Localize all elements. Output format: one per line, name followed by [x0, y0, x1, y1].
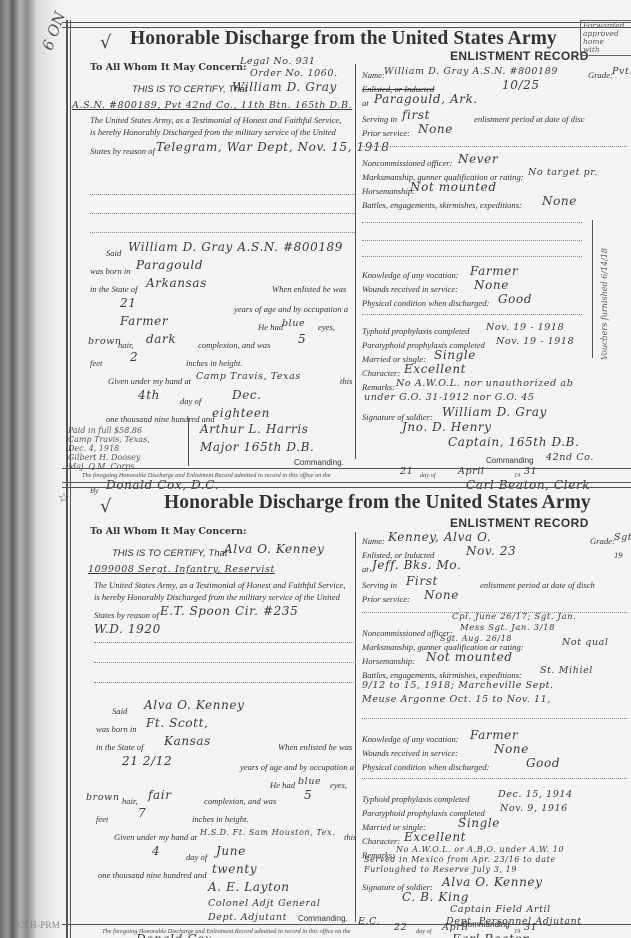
reason-label: States by reason of [94, 610, 159, 620]
column-divider [355, 532, 356, 922]
said-name: Alva O. Kenney [144, 698, 245, 712]
signature-box-divider [188, 418, 189, 466]
certify-label: THIS IS TO CERTIFY, That [112, 548, 227, 559]
day-of-label: day of [180, 396, 201, 406]
said-label: Said [106, 248, 121, 258]
enlisted-age-label: When enlisted he was [278, 742, 352, 752]
given-label: Given under my hand at [108, 376, 191, 386]
feet-label: feet [96, 814, 108, 824]
inches-label: inches in height. [186, 358, 243, 368]
given-label: Given under my hand at [114, 832, 197, 842]
horsemanship-label: Horsemanship: [362, 186, 415, 196]
age-label: years of age and by occupation a [234, 304, 348, 314]
wounds-value: None [474, 278, 509, 292]
commander-name: Arthur L. Harris [200, 422, 309, 436]
complexion: fair [148, 788, 172, 802]
given-day: 4 [152, 844, 160, 858]
commander-title-2: Dept. Adjutant [208, 912, 287, 923]
enlistee-name: William D. Gray A.S.N. #800189 [384, 66, 558, 77]
horsemanship-value: Not mounted [410, 180, 497, 194]
grade-label: Grade: [590, 536, 615, 546]
height-feet: 5 [298, 332, 306, 346]
order-ref-2: Order No. 1060. [250, 68, 338, 79]
certify-label: THIS IS TO CERTIFY, That [132, 84, 247, 95]
soldier-signature: Alva O. Kenney [442, 875, 543, 889]
blank-line [90, 213, 355, 214]
enlistment-record-title: ENLISTMENT RECORD [450, 516, 589, 530]
married-value: Single [458, 816, 500, 830]
eyes-suffix: eyes, [330, 780, 347, 790]
hair-color: brown [88, 336, 122, 347]
paratyphoid-value: Nov. 19 - 1918 [496, 336, 574, 347]
officer-title: Captain Field Artil [450, 904, 551, 915]
discharged-text: is hereby Honorably Discharged from the … [94, 592, 340, 602]
prior-service: None [424, 588, 459, 602]
typhoid-label: Typhoid prophylaxis completed [362, 794, 469, 804]
battles-line-3: Meuse Argonne Oct. 15 to Nov. 11, [362, 694, 551, 705]
discharge-reason: E.T. Spoon Cir. #235 [160, 604, 298, 618]
blank-line [362, 146, 627, 147]
this-label: this [344, 832, 356, 842]
nco-value: Never [458, 152, 498, 166]
hair-label: hair, [122, 796, 138, 806]
commanding-label: Commanding. [298, 914, 348, 923]
birthplace: Paragould [136, 258, 203, 272]
reason-label: States by reason of [90, 146, 155, 156]
born-label: was born in [90, 266, 131, 276]
officer-name: C. B. King [402, 890, 469, 904]
watermark: CEH-PRM [18, 920, 60, 930]
star-mark-icon: ☆ [58, 490, 70, 506]
blank-line [90, 194, 355, 195]
blank-line [94, 662, 356, 663]
blank-line [362, 718, 627, 719]
prior-service: None [418, 122, 453, 136]
given-place: H.S.D. Ft. Sam Houston, Tex. [200, 828, 335, 837]
nco-label: Noncommissioned officer: [362, 158, 452, 168]
order-ref-1: Legal No. 931 [240, 56, 316, 67]
feet-label: feet [90, 358, 102, 368]
record-divider [62, 924, 631, 927]
battles-value: St. Mihiel [540, 665, 593, 676]
serving-suffix: enlistment period at date of disc [474, 114, 585, 124]
blank-line [90, 232, 355, 233]
this-label: this [340, 376, 352, 386]
typhoid-label: Typhoid prophylaxis completed [362, 326, 469, 336]
commanding-label: Commanding. [294, 458, 344, 467]
prior-label: Prior service: [362, 128, 410, 138]
typhoid-value: Nov. 19 - 1918 [486, 322, 564, 333]
character-value: Excellent [404, 830, 466, 844]
horsemanship-value: Not mounted [426, 650, 513, 664]
vocation-value: Farmer [470, 264, 518, 278]
said-label: Said [112, 706, 127, 716]
discharge-reason: Telegram, War Dept, Nov. 15, 1918 [156, 140, 390, 154]
recorded-day: 22 [394, 922, 407, 933]
given-month: Dec. [232, 388, 262, 402]
nco-line-2: Mess Sgt. Jan. 3/18 [460, 623, 555, 633]
at-label: at [362, 564, 369, 574]
enlistee-name: Kenney, Alva O. [388, 530, 491, 544]
soldier-signature: William D. Gray [442, 405, 547, 419]
blank-line [94, 682, 356, 683]
serving-period: First [406, 574, 438, 588]
age: 21 [120, 296, 136, 310]
service-line: A.S.N. #800189, Pvt 42nd Co., 11th Btn. … [72, 100, 352, 111]
year-label: one thousand nine hundred and [106, 414, 215, 424]
year-label: one thousand nine hundred and [98, 870, 207, 880]
commander-name: A. E. Layton [208, 880, 290, 894]
margin-rule [66, 20, 68, 938]
hair-label: hair, [118, 340, 134, 350]
vertical-margin-note: Vouchers furnished 6/14/18 [600, 248, 609, 360]
battles-line-2: 9/12 to 15, 1918; Marcheville Sept. [362, 680, 554, 691]
nco-label: Noncommissioned officer: [362, 628, 452, 638]
record-title: Honorable Discharge from the United Stat… [164, 492, 591, 514]
serving-label: Serving in [362, 114, 397, 124]
salutation: To All Whom It May Concern: [90, 526, 246, 537]
character-label: Character: [362, 836, 400, 846]
testimonial-text: The United States Army, as a Testimonial… [90, 115, 341, 125]
remarks-line-3: Furloughed to Reserve July 3, 19 [364, 865, 517, 874]
commanding-label: Commanding [486, 456, 534, 465]
eyes-label: He had [258, 322, 283, 332]
grade: Pvt. [612, 66, 631, 77]
birth-state: Arkansas [146, 276, 207, 290]
vocation-label: Knowledge of any vocation: [362, 270, 459, 280]
born-label: was born in [96, 724, 137, 734]
paratyphoid-value: Nov. 9, 1916 [500, 803, 568, 814]
discharged-text: is hereby Honorably Discharged from the … [90, 127, 336, 137]
enlisted-age-label: When enlisted he was [272, 284, 346, 294]
discharge-record-1: √ Honorable Discharge from the United St… [72, 22, 631, 470]
name-label: Name: [362, 536, 385, 546]
recorded-day-label: day of [416, 928, 432, 935]
payment-note: Paid in full $58.86 Camp Travis, Texas, … [68, 426, 178, 471]
page-binding-shadow [0, 0, 36, 938]
enlisted-place: Jeff. Bks. Mo. [372, 558, 461, 572]
service-line: 1099008 Sergt. Infantry, Reservist [88, 564, 275, 575]
officer-name: Jno. D. Henry [402, 420, 492, 434]
birthplace: Ft. Scott, [146, 716, 208, 730]
eyes-label: He had [270, 780, 295, 790]
height-inches: 7 [138, 806, 146, 820]
grade: Sgt. [614, 532, 631, 543]
margin-rule-inner [70, 20, 71, 938]
blank-line [362, 222, 582, 223]
name-label: Name: [362, 70, 385, 80]
complexion-label: complexion, and was [204, 796, 276, 806]
inches-label: inches in height. [192, 814, 249, 824]
check-mark-icon: √ [100, 32, 111, 53]
commander-title: Colonel Adjt General [208, 898, 320, 909]
soldier-name: William D. Gray [232, 80, 337, 94]
remarks-line-1: No A.W.O.L. or A.B.O. under A.W. 10 [396, 845, 564, 854]
recorded-year: 31 [524, 466, 537, 477]
state-label: in the State of [90, 284, 138, 294]
remarks-line-1: No A.W.O.L. nor unauthorized ab [396, 378, 573, 389]
given-day: 4th [138, 388, 160, 402]
prior-label: Prior service: [362, 594, 410, 604]
serving-label: Serving in [362, 580, 397, 590]
said-name: William D. Gray A.S.N. #800189 [128, 240, 343, 254]
record-title: Honorable Discharge from the United Stat… [130, 28, 557, 50]
commanding-unit: 42nd Co. [546, 452, 594, 463]
birth-state: Kansas [164, 734, 211, 748]
physical-label: Physical condition when discharged: [362, 762, 489, 772]
enlisted-date: 10/25 [502, 78, 540, 92]
enlisted-year-suffix: 19 [614, 550, 623, 560]
state-label: in the State of [96, 742, 144, 752]
soldier-name: Alva O. Kenney [224, 542, 325, 556]
year-word: twenty [212, 862, 257, 876]
character-value: Excellent [404, 362, 466, 376]
age-label: years of age and by occupation a [240, 762, 354, 772]
check-mark-icon: √ [100, 496, 111, 517]
recorded-day: 21 [400, 466, 413, 477]
eyes-suffix: eyes, [318, 322, 335, 332]
eye-color: blue [298, 776, 321, 787]
remarks-line-2: Served in Mexico from Apr. 23/16 to date [364, 855, 556, 864]
blank-line [94, 642, 356, 643]
complexion: dark [146, 332, 176, 346]
wounds-value: None [494, 742, 529, 756]
physical-value: Good [526, 756, 560, 770]
recorded-month: April [458, 466, 485, 477]
blank-line [362, 240, 582, 241]
officer-title: Captain, 165th D.B. [448, 435, 580, 449]
top-border [62, 482, 631, 488]
margin-note-rule [592, 220, 593, 358]
complexion-label: complexion, and was [198, 340, 270, 350]
column-divider [355, 64, 356, 459]
remarks-label: Remarks: [362, 382, 395, 392]
character-label: Character: [362, 368, 400, 378]
enlisted-date: Nov. 23 [466, 544, 516, 558]
record-divider [62, 468, 631, 471]
height-feet: 5 [304, 788, 312, 802]
marksmanship-value: Not qual [562, 637, 609, 648]
testimonial-text: The United States Army, as a Testimonial… [94, 580, 345, 590]
hair-color: brown [86, 792, 120, 803]
discharge-reason-line-2: W.D. 1920 [94, 622, 161, 636]
vocation-value: Farmer [470, 728, 518, 742]
horsemanship-label: Horsemanship: [362, 656, 415, 666]
battles-label: Battles, engagements, skirmishes, expedi… [362, 670, 522, 680]
typhoid-value: Dec. 15, 1914 [498, 789, 573, 800]
nco-line-1: Cpl. June 26/17; Sgt. Jan. [452, 612, 577, 622]
remarks-line-2: under G.O. 31-1912 nor G.O. 45 [364, 392, 535, 403]
battles-value: None [542, 194, 577, 208]
blank-line [362, 256, 582, 257]
married-value: Single [434, 348, 476, 362]
given-month: June [216, 844, 246, 858]
age: 21 2/12 [122, 754, 172, 768]
serving-period: first [402, 108, 430, 122]
at-label: at [362, 98, 369, 108]
height-inches: 2 [130, 350, 138, 364]
wounds-label: Wounds received in service: [362, 284, 458, 294]
grade-label: Grade: [588, 70, 613, 80]
serving-suffix: enlistment period at date of disch [480, 580, 595, 590]
recorded-day-label: day of [420, 472, 436, 479]
marksmanship-value: No target pr. [528, 167, 598, 178]
blank-line [362, 314, 582, 315]
occupation: Farmer [120, 314, 168, 328]
clerk-signature: Earl Beaton [452, 932, 531, 938]
discharge-record-2: √ Honorable Discharge from the United St… [72, 486, 631, 938]
physical-value: Good [498, 292, 532, 306]
blank-line [362, 778, 627, 779]
vocation-label: Knowledge of any vocation: [362, 734, 459, 744]
physical-label: Physical condition when discharged: [362, 298, 489, 308]
eye-color: blue [282, 318, 305, 329]
enlisted-place: Paragould, Ark. [374, 92, 478, 106]
wounds-label: Wounds received in service: [362, 748, 458, 758]
battles-label: Battles, engagements, skirmishes, expedi… [362, 200, 522, 210]
year-word: eighteen [212, 406, 270, 420]
commander-title: Major 165th D.B. [200, 440, 314, 454]
forwarded-note: Forwarded approved home with [580, 20, 631, 56]
enlistment-record-title: ENLISTMENT RECORD [450, 49, 589, 63]
day-of-label: day of [186, 852, 207, 862]
given-place: Camp Travis, Texas [196, 371, 301, 382]
salutation: To All Whom It May Concern: [90, 62, 246, 73]
deputy-clerk: Donald Cox [136, 932, 212, 938]
